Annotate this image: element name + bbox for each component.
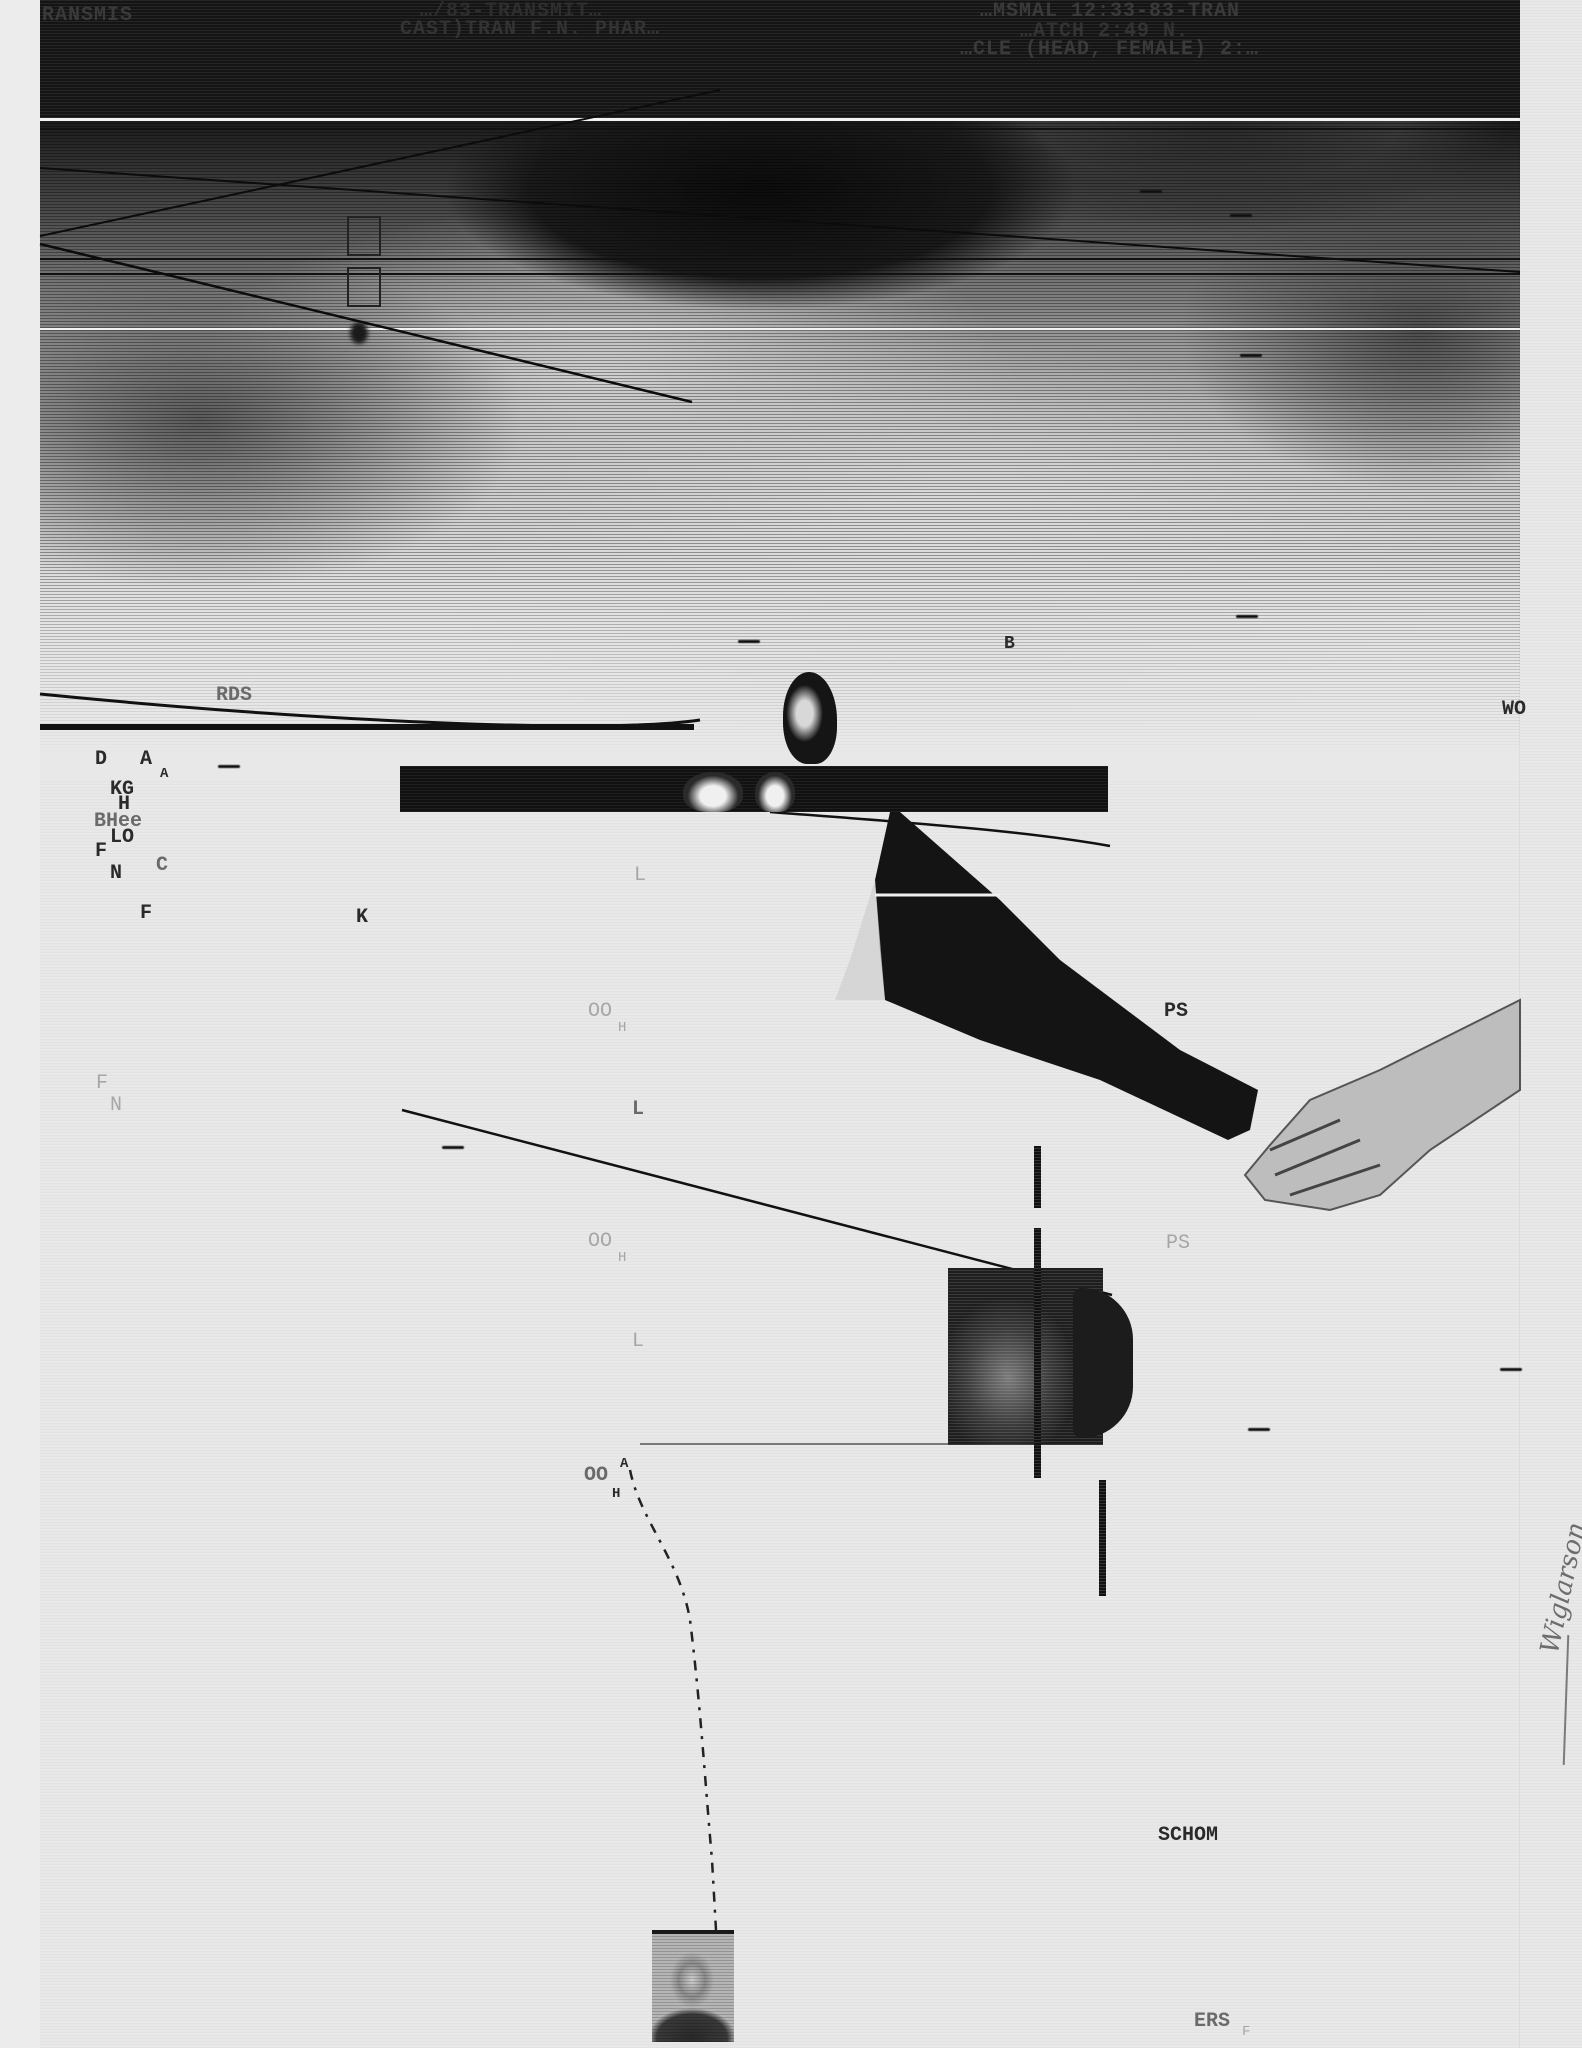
curve-line: [770, 812, 1110, 846]
type-l: L: [632, 1098, 644, 1121]
vertical-dash: [1034, 1228, 1041, 1478]
ear-fragment: [783, 672, 837, 764]
type-l-faint-2: L: [632, 1330, 644, 1353]
type-oo-2: OO: [588, 1230, 612, 1253]
type-h-sub-3: H: [612, 1486, 620, 1502]
type-l-faint: L: [634, 864, 646, 887]
hand-shape: [1245, 1000, 1520, 1210]
diagonal-line: [40, 244, 692, 402]
diagonal-line: [40, 90, 720, 236]
type-n-faint: N: [110, 1094, 122, 1117]
type-c: C: [156, 854, 168, 877]
type-f: F: [95, 840, 107, 863]
cropped-face-photo: [948, 1268, 1103, 1445]
small-portrait-photo: [652, 1930, 734, 2042]
type-a-small: A: [160, 766, 168, 782]
eye-left: [683, 772, 743, 812]
type-ers: ERS: [1194, 2010, 1230, 2033]
type-schom: SCHOM: [1158, 1824, 1218, 1847]
type-a: A: [140, 748, 152, 771]
eye-right: [755, 772, 795, 812]
type-n: N: [110, 862, 122, 885]
arm-sleeve-shape: [875, 812, 1258, 1140]
type-oo-1: OO: [588, 1000, 612, 1023]
curve-line: [40, 694, 700, 726]
type-k: K: [356, 906, 368, 929]
dot-grid-band: [40, 1478, 1520, 1630]
type-d: D: [95, 748, 107, 771]
type-a-sup-3: A: [620, 1456, 628, 1472]
type-ps: PS: [1164, 1000, 1188, 1023]
type-lo: LO: [110, 826, 134, 849]
eye-strip-photo: [400, 766, 1108, 812]
type-rds: RDS: [216, 684, 252, 707]
right-margin: [1519, 0, 1582, 2048]
type-f-faint: F: [96, 1072, 108, 1095]
type-h-sub-1: H: [618, 1020, 626, 1036]
collage-overlay: [0, 0, 1582, 2048]
type-b: B: [1004, 634, 1015, 654]
type-ps-faint: PS: [1166, 1232, 1190, 1255]
vertical-dash: [1034, 1146, 1041, 1208]
diagonal-line: [40, 168, 1520, 272]
type-f2: F: [140, 902, 152, 925]
type-h-sub-2: H: [618, 1250, 626, 1266]
type-f-sub: F: [1242, 2024, 1250, 2040]
type-oo-3: OO: [584, 1464, 608, 1487]
